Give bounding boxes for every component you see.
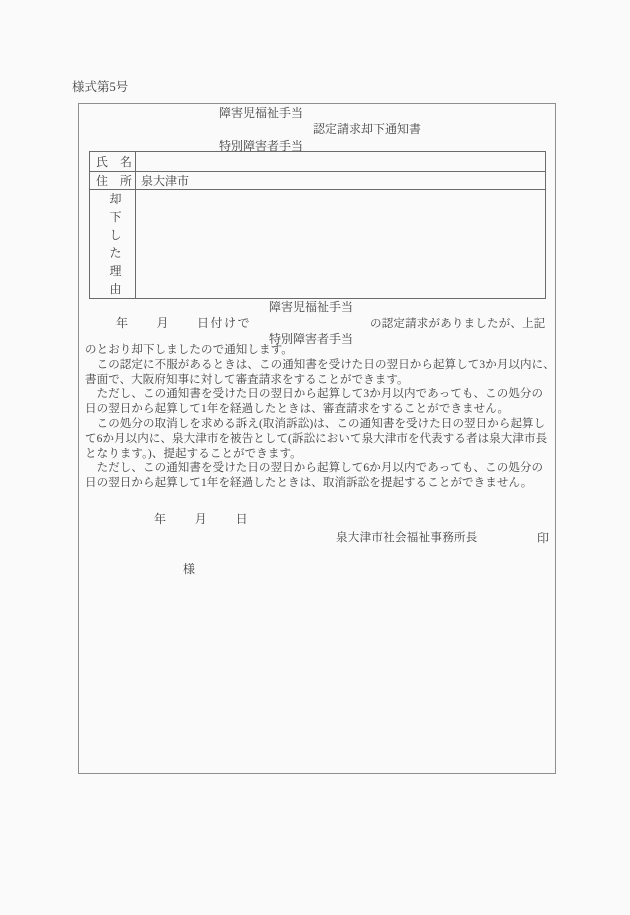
body-line: ただし、この通知書を受けた日の翌日から起算して3か月以内であっても、この処分の	[85, 387, 551, 402]
addressee-honorific: 様	[183, 562, 195, 577]
body-line: 日の翌日から起算して1年を経過したときは、審査請求をすることができません。	[85, 402, 551, 417]
document-border: 障害児福祉手当 認定請求却下通知書 特別障害者手当 氏 名 住 所 泉大津市 却…	[78, 103, 556, 774]
body-line: て6か月以内に、泉大津市を被告として(訴訟において泉大津市を代表する者は泉大津市…	[85, 432, 551, 447]
rejection-reason-label-char: 理	[109, 262, 121, 280]
title-rejection-notice: 認定請求却下通知書	[313, 122, 421, 137]
name-value-cell	[135, 152, 545, 171]
title-child-disability-allowance: 障害児福祉手当	[219, 106, 303, 121]
body-line: 書面で、大阪府知事に対して審査請求をすることができます。	[85, 373, 551, 388]
address-label: 住 所	[90, 171, 135, 189]
rejection-reason-label-char: 由	[109, 280, 121, 298]
issue-date-blank: 年 月 日	[154, 512, 249, 527]
body-paragraphs: のとおり却下しましたので通知します。 この認定に不服があるときは、この通知書を受…	[85, 343, 551, 491]
request-date-blank: 年 月 日付けで	[116, 316, 251, 331]
address-value-cell: 泉大津市	[135, 171, 545, 189]
name-label: 氏 名	[90, 152, 135, 171]
rejection-reason-label-char: た	[109, 244, 121, 262]
rejection-reason-label-char: 下	[109, 208, 121, 226]
rejection-reason-label-char: し	[109, 226, 121, 244]
seal-placeholder: 印	[537, 531, 549, 546]
rejection-reason-value-cell	[135, 189, 545, 298]
issuer-title: 泉大津市社会福祉事務所長	[336, 531, 478, 546]
body-line: のとおり却下しましたので通知します。	[85, 343, 551, 358]
recipient-table: 氏 名 住 所 泉大津市 却下した理由	[89, 151, 546, 299]
body-line: ただし、この通知書を受けた日の翌日から起算して6か月以内であっても、この処分の	[85, 461, 551, 476]
body-line: この認定に不服があるときは、この通知書を受けた日の翌日から起算して3か月以内に、	[85, 358, 551, 373]
document-page: 様式第5号 障害児福祉手当 認定請求却下通知書 特別障害者手当 氏 名 住 所 …	[0, 0, 630, 915]
rejection-reason-label-char: 却	[109, 190, 121, 208]
request-sentence-suffix: の認定請求がありましたが、上記	[370, 317, 546, 332]
request-allowance-child-label: 障害児福祉手当	[269, 300, 353, 315]
rejection-reason-label: 却下した理由	[90, 189, 135, 298]
body-line: となります。)、提起することができます。	[85, 447, 551, 462]
form-number: 様式第5号	[72, 80, 128, 95]
body-line: 日の翌日から起算して1年を経過したときは、取消訴訟を提起することができません。	[85, 476, 551, 491]
body-line: この処分の取消しを求める訴え(取消訴訟)は、この通知書を受けた日の翌日から起算し	[85, 417, 551, 432]
